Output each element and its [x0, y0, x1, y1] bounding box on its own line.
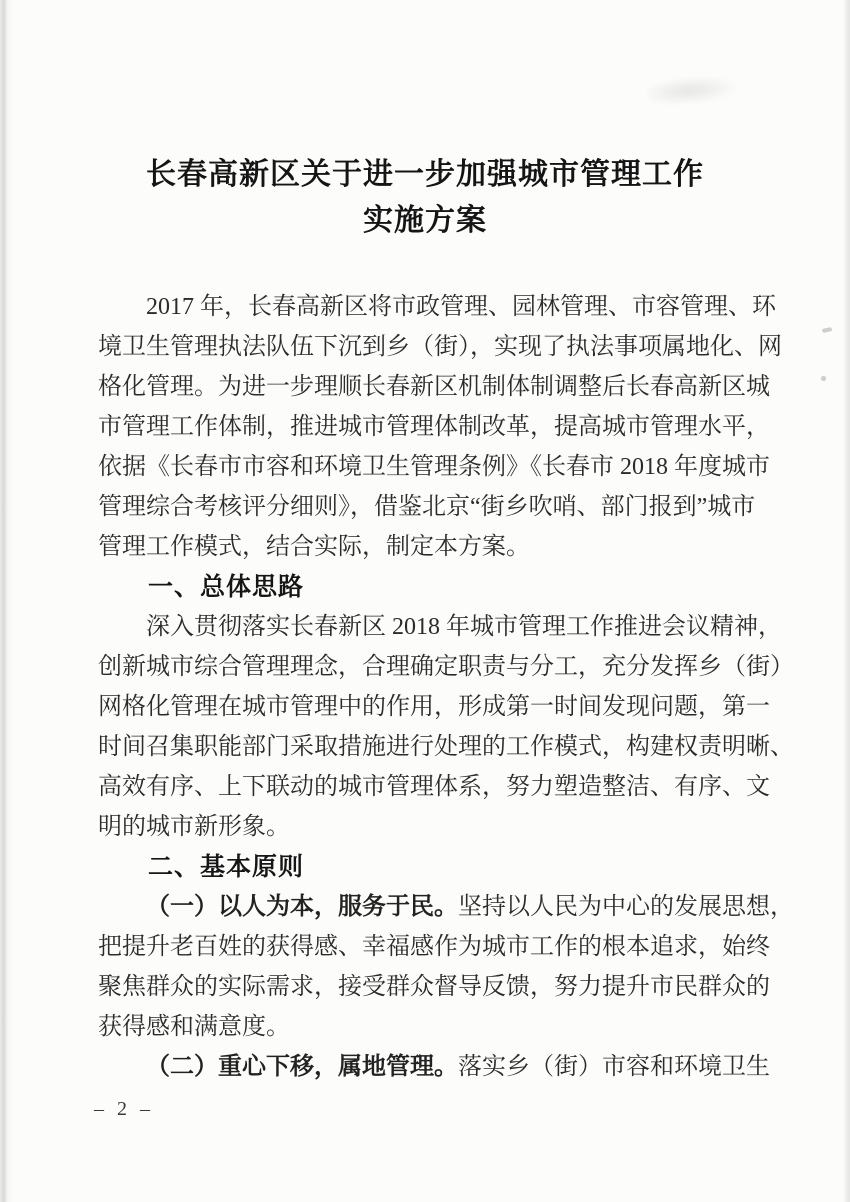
- section-heading-2: 二、基本原则: [98, 847, 748, 887]
- page-number: – 2 –: [94, 1095, 154, 1123]
- text-line: 把提升老百姓的获得感、幸福感作为城市工作的根本追求，始终: [98, 927, 748, 967]
- text-line: 聚焦群众的实际需求，接受群众督导反馈，努力提升市民群众的: [98, 967, 748, 1007]
- bold-lead-text: （一）以人为本，服务于民。: [146, 894, 458, 920]
- text-line: 网格化管理在城市管理中的作用，形成第一时间发现问题，第一: [98, 687, 748, 727]
- text-line: 2017 年，长春高新区将市政管理、园林管理、市容管理、环: [98, 287, 748, 327]
- text-line: （二）重心下移，属地管理。落实乡（街）市容和环境卫生: [98, 1047, 748, 1087]
- text-line: 深入贯彻落实长春新区 2018 年城市管理工作推进会议精神，: [98, 607, 748, 647]
- text-line: 管理综合考核评分细则》，借鉴北京“街乡吹哨、部门报到”城市: [98, 487, 748, 527]
- text-line: 管理工作模式，结合实际，制定本方案。: [98, 527, 748, 567]
- text-line-rest: 坚持以人民为中心的发展思想，: [458, 894, 794, 920]
- document-title-line-2: 实施方案: [0, 198, 850, 244]
- text-line-rest: 落实乡（街）市容和环境卫生: [458, 1054, 770, 1080]
- text-line: 获得感和满意度。: [98, 1007, 748, 1047]
- text-line: 明的城市新形象。: [98, 807, 748, 847]
- text-line: （一）以人为本，服务于民。坚持以人民为中心的发展思想，: [98, 887, 748, 927]
- text-line: 高效有序、上下联动的城市管理体系，努力塑造整洁、有序、文: [98, 767, 748, 807]
- bold-lead-text: （二）重心下移，属地管理。: [146, 1054, 458, 1080]
- text-line: 市管理工作体制，推进城市管理体制改革，提高城市管理水平，: [98, 407, 748, 447]
- text-line: 创新城市综合管理理念，合理确定职责与分工，充分发挥乡（街）: [98, 647, 748, 687]
- document-body: 2017 年，长春高新区将市政管理、园林管理、市容管理、环 境卫生管理执法队伍下…: [98, 287, 748, 1087]
- text-line: 时间召集职能部门采取措施进行处理的工作模式，构建权责明晰、: [98, 727, 748, 767]
- text-line: 依据《长春市市容和环境卫生管理条例》《长春市 2018 年度城市: [98, 447, 748, 487]
- section-heading-1: 一、总体思路: [98, 567, 748, 607]
- text-line: 格化管理。为进一步理顺长春新区机制体制调整后长春高新区城: [98, 367, 748, 407]
- document-title: 长春高新区关于进一步加强城市管理工作 实施方案: [0, 152, 850, 244]
- text-line: 境卫生管理执法队伍下沉到乡（街），实现了执法事项属地化、网: [98, 327, 748, 367]
- document-title-line-1: 长春高新区关于进一步加强城市管理工作: [0, 152, 850, 198]
